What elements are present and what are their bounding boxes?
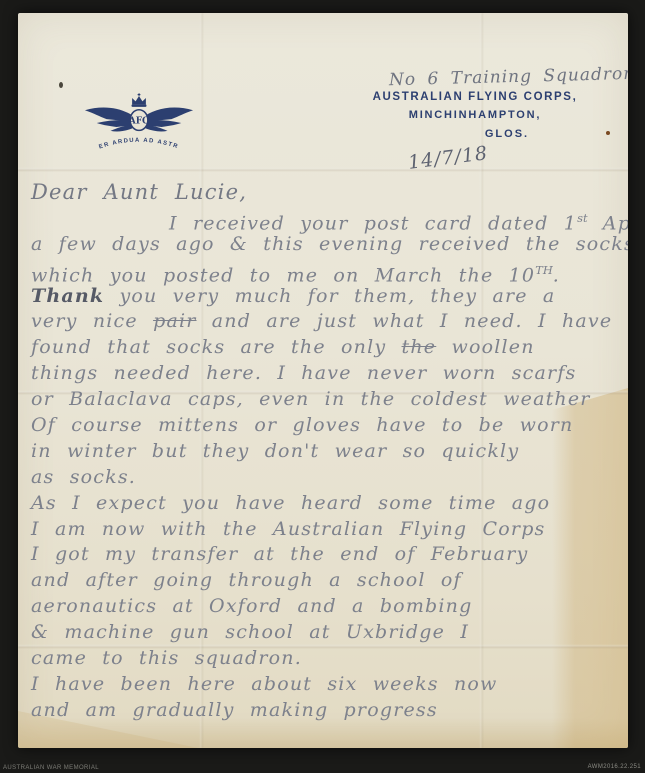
letter-line: Thank you very much for them, they are a — [31, 284, 619, 310]
letter-text-segment: things needed here. I have never worn sc… — [31, 362, 577, 384]
letter-line: Of course mittens or gloves have to be w… — [31, 413, 619, 439]
letter-line: found that socks are the only the woolle… — [31, 335, 619, 361]
letter-line: very nice pair and are just what I need.… — [31, 309, 619, 335]
letterhead-corps-line: AUSTRALIAN FLYING CORPS, — [363, 91, 587, 103]
letter-line: I received your post card dated 1st Apri… — [31, 206, 619, 232]
brown-stain-speck — [606, 131, 610, 135]
letter-line: as socks. — [31, 465, 619, 491]
letter-text-segment: which you posted to me on March the 10 — [31, 264, 535, 286]
letter-line: aeronautics at Oxford and a bombing — [31, 594, 619, 620]
pin-mark-speck — [59, 82, 63, 88]
scan-mat-background: AFC PER ARDUA AD ASTRA No 6 Training Squ… — [0, 0, 645, 773]
letter-line: & machine gun school at Uxbridge I — [31, 620, 619, 646]
letter-text-segment: found that socks are the only — [31, 336, 402, 358]
letter-text-segment: or Balaclava caps, even in the coldest w… — [31, 388, 591, 410]
letter-text-segment: and after going through a school of — [31, 569, 462, 591]
squadron-handwritten-line: No 6 Training Squadron — [363, 65, 587, 91]
letter-paper: AFC PER ARDUA AD ASTRA No 6 Training Squ… — [18, 13, 628, 748]
letter-line: I got my transfer at the end of February — [31, 542, 619, 568]
letter-text-segment: a few days ago & this evening received t… — [31, 233, 628, 255]
letter-text-segment: as socks. — [31, 466, 136, 488]
letter-text-segment: Dear Aunt Lucie, — [31, 180, 247, 204]
letter-text-segment: & machine gun school at Uxbridge I — [31, 621, 469, 643]
letter-line: As I expect you have heard some time ago — [31, 491, 619, 517]
letter-text-segment: and am gradually making progress — [31, 699, 438, 721]
letterhead-town-line: MINCHINHAMPTON, — [363, 109, 587, 121]
afc-wings-emblem-icon: AFC PER ARDUA AD ASTRA — [80, 93, 198, 155]
letter-text-segment: pair — [153, 310, 196, 332]
letter-line: and after going through a school of — [31, 568, 619, 594]
letter-text-segment: Of course mittens or gloves have to be w… — [31, 414, 574, 436]
letterhead-address-block: No 6 Training Squadron AUSTRALIAN FLYING… — [363, 68, 587, 140]
letter-line: I have been here about six weeks now — [31, 672, 619, 698]
archive-caption-right: AWM2016.22.251 — [588, 764, 641, 770]
letter-body: Dear Aunt Lucie,I received your post car… — [31, 180, 619, 724]
letter-text-segment: As I expect you have heard some time ago — [31, 492, 550, 514]
letter-line: Dear Aunt Lucie, — [31, 180, 619, 206]
letter-line: a few days ago & this evening received t… — [31, 232, 619, 258]
letter-text-segment: st — [577, 211, 587, 225]
fold-crease-horizontal-1 — [18, 168, 628, 171]
letter-text-segment: in winter but they don't wear so quickly — [31, 440, 519, 462]
letter-text-segment: very nice — [31, 310, 153, 332]
letter-line: I am now with the Australian Flying Corp… — [31, 517, 619, 543]
archive-caption-left: AUSTRALIAN WAR MEMORIAL — [3, 765, 99, 771]
letter-text-segment: I got my transfer at the end of February — [31, 543, 528, 565]
letter-text-segment: the — [402, 336, 437, 358]
letter-text-segment: I received your post card dated 1 — [169, 212, 577, 234]
letter-text-segment: came to this squadron. — [31, 647, 302, 669]
letter-text-segment: I have been here about six weeks now — [31, 673, 498, 695]
letter-line: which you posted to me on March the 10TH… — [31, 258, 619, 284]
letter-text-segment: TH — [535, 263, 553, 277]
letter-text-segment: I am now with the Australian Flying Corp… — [31, 518, 546, 540]
letter-line: or Balaclava caps, even in the coldest w… — [31, 387, 619, 413]
letter-text-segment: you very much for them, they are a — [104, 285, 555, 307]
letter-text-segment: Thank — [31, 285, 104, 307]
svg-text:AFC: AFC — [128, 117, 149, 127]
letter-text-segment: . — [553, 264, 560, 286]
letter-text-segment: and are just what I need. I have — [197, 310, 613, 332]
letter-text-segment: aeronautics at Oxford and a bombing — [31, 595, 472, 617]
letter-text-segment: woollen — [436, 336, 534, 358]
letter-text-segment: April — [588, 212, 628, 234]
letter-line: in winter but they don't wear so quickly — [31, 439, 619, 465]
letter-line: came to this squadron. — [31, 646, 619, 672]
letterhead-county-line: GLOS. — [363, 128, 587, 140]
letter-line: and am gradually making progress — [31, 698, 619, 724]
letter-line: things needed here. I have never worn sc… — [31, 361, 619, 387]
